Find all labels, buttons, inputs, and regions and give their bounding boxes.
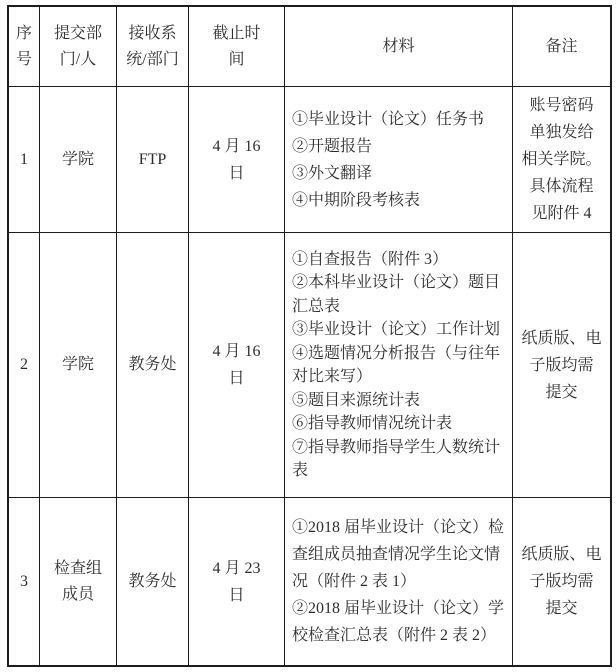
header-cell-note: 备注 bbox=[512, 7, 610, 86]
row3-cell-receive: 教务处 bbox=[116, 497, 188, 665]
row2-cell-materials: ①自查报告（附件 3） ②本科毕业设计（论文）题目汇总表 ③毕业设计（论文）工作… bbox=[284, 232, 512, 497]
row3-cell-submit: 检查组 成员 bbox=[39, 497, 116, 665]
row2-cell-receive: 教务处 bbox=[116, 232, 188, 497]
row1-cell-note: 账号密码 单独发给 相关学院。 具体流程 见附件 4 bbox=[512, 86, 610, 232]
row1-cell-no: 1 bbox=[9, 86, 39, 232]
row3-cell-no: 3 bbox=[9, 497, 39, 665]
header-cell-no: 序 号 bbox=[9, 7, 39, 86]
row1-cell-materials: ①毕业设计（论文）任务书 ②开题报告 ③外文翻译 ④中期阶段考核表 bbox=[284, 86, 512, 232]
submission-schedule-table: 序 号 提交部 门/人 接收系 统/部门 截止时 间 材料 备注 1 学院 FT… bbox=[7, 5, 612, 667]
row1-cell-deadline: 4 月 16 日 bbox=[188, 86, 284, 232]
row3-cell-materials: ①2018 届毕业设计（论文）检查组成员抽查情况学生论文情况（附件 2 表 1）… bbox=[284, 497, 512, 665]
row1-cell-receive: FTP bbox=[116, 86, 188, 232]
header-cell-receive: 接收系 统/部门 bbox=[116, 7, 188, 86]
row2-cell-deadline: 4 月 16 日 bbox=[188, 232, 284, 497]
row3-cell-note: 纸质版、电 子版均需 提交 bbox=[512, 497, 610, 665]
row3-cell-deadline: 4 月 23 日 bbox=[188, 497, 284, 665]
header-cell-submit: 提交部 门/人 bbox=[39, 7, 116, 86]
header-cell-deadline: 截止时 间 bbox=[188, 7, 284, 86]
row2-cell-note: 纸质版、电 子版均需 提交 bbox=[512, 232, 610, 497]
header-cell-materials: 材料 bbox=[284, 7, 512, 86]
row2-cell-submit: 学院 bbox=[39, 232, 116, 497]
row2-cell-no: 2 bbox=[9, 232, 39, 497]
row1-cell-submit: 学院 bbox=[39, 86, 116, 232]
